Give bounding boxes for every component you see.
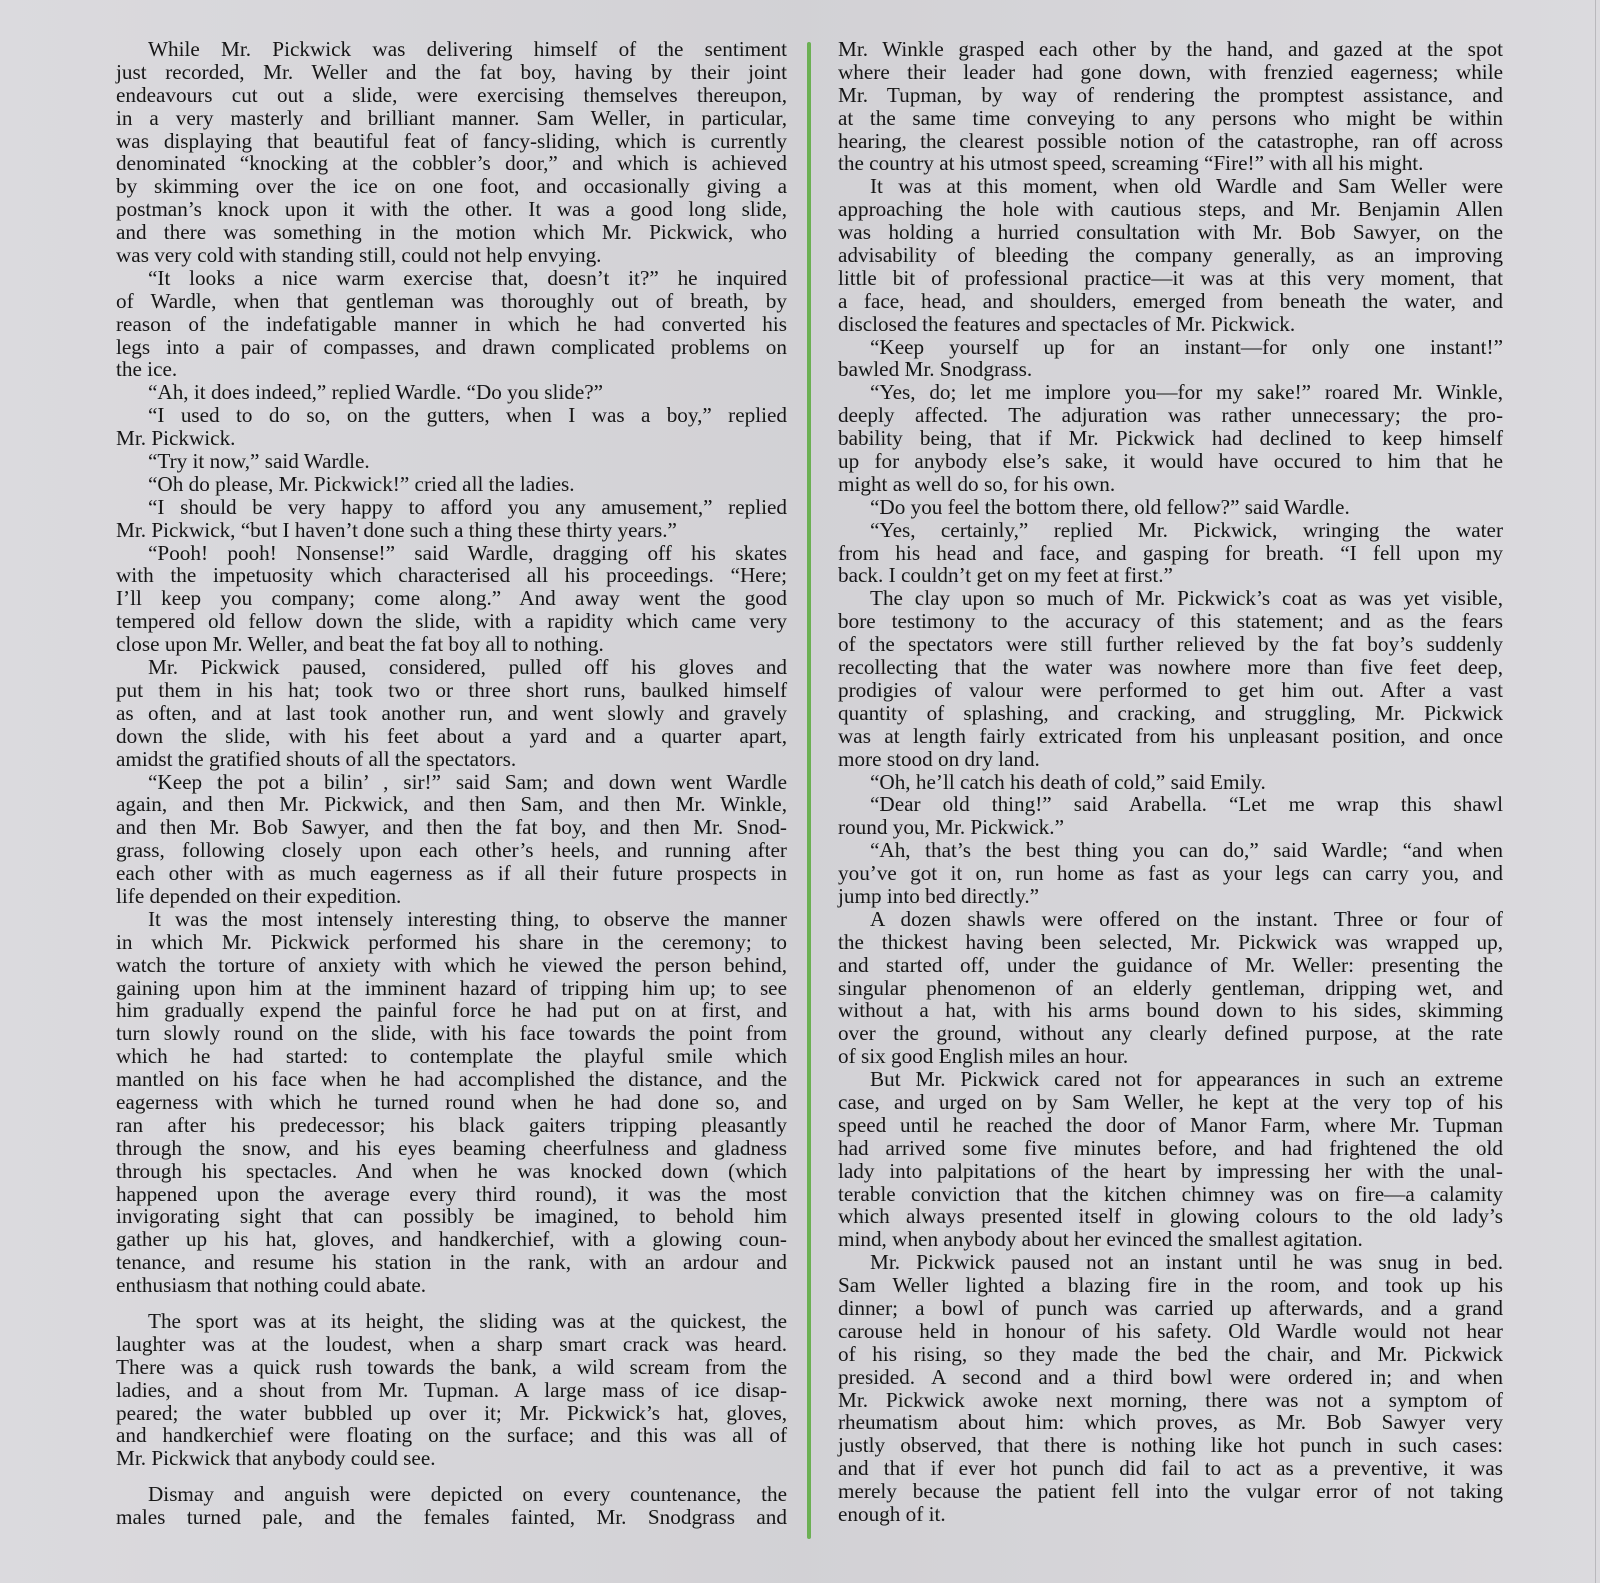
text-line: “Keep the pot a bilin’ , sir!” said Sam;… [116,771,787,794]
text-line: While Mr. Pickwick was delivering himsel… [116,38,787,61]
text-line-content: “Ah, that’s the best thing you can do,” … [870,839,1503,862]
text-line: rheumatism about him: which proves, as M… [838,1411,1503,1434]
text-line: as often, and at last took another run, … [116,702,787,725]
text-line: with the impetuosity which characterised… [116,564,787,587]
text-line: close upon Mr. Weller, and beat the fat … [116,633,787,656]
text-line-content: “Pooh! pooh! Nonsense!” said Wardle, dra… [148,542,787,565]
text-line-content: with the impetuosity which characterised… [116,564,787,587]
text-line: dinner; a bowl of punch was carried up a… [838,1297,1503,1320]
text-line-content: Dismay and anguish were depicted on ever… [148,1483,787,1506]
text-line-content: bore testimony to the accuracy of this s… [838,610,1503,633]
text-line-content: quantity of splashing, and cracking, and… [838,702,1503,725]
paragraph: A dozen shawls were offered on the insta… [838,908,1503,1068]
text-line: mind, when anybody about her evinced the… [838,1228,1503,1251]
text-line: reason of the indefatigable manner in wh… [116,313,787,336]
text-line: invigorating sight that can possibly be … [116,1205,787,1228]
text-line-content: gather up his hat, gloves, and handkerch… [116,1228,787,1251]
text-line: recollecting that the water was nowhere … [838,656,1503,679]
text-line: gaining upon him at the imminent hazard … [116,977,787,1000]
text-line-content: each other with as much eagerness as if … [116,862,787,885]
text-line: ran after his predecessor; his black gai… [116,1114,787,1137]
text-line: bability being, that if Mr. Pickwick had… [838,427,1503,450]
text-line-content: grass, following closely upon each other… [116,839,787,862]
text-line: of the spectators were still further rel… [838,633,1503,656]
text-line: “Keep yourself up for an instant—for onl… [838,336,1503,359]
text-line: enthusiasm that nothing could abate. [116,1274,787,1297]
text-line-content: “Yes, do; let me implore you—for my sake… [870,381,1503,404]
text-line-content: carouse held in honour of his safety. Ol… [838,1320,1503,1343]
text-line-content: “I used to do so, on the gutters, when I… [148,404,787,427]
text-line: ladies, and a shout from Mr. Tupman. A l… [116,1379,787,1402]
text-line-content: the thickest having been selected, Mr. P… [838,931,1503,954]
text-line-content: without a hat, with his arms bound down … [838,999,1503,1022]
text-line: males turned pale, and the females faint… [116,1506,787,1529]
text-line: the country at his utmost speed, screami… [838,152,1503,175]
text-line: Dismay and anguish were depicted on ever… [116,1483,787,1506]
paragraph: “Oh, he’ll catch his death of cold,” sai… [838,771,1503,794]
text-line: hearing, the clearest possible notion of… [838,130,1503,153]
text-line-content: of his rising, so they made the bed the … [838,1343,1503,1366]
text-line-content: laughter was at the loudest, when a shar… [116,1333,787,1356]
text-line-content: which always presented itself in glowing… [838,1205,1503,1228]
text-line-content: “Dear old thing!” said Arabella. “Let me… [870,793,1503,816]
text-line: again, and then Mr. Pickwick, and then S… [116,793,787,816]
text-line-content: and started off, under the guidance of M… [838,954,1503,977]
text-line-content: happened upon the average every third ro… [116,1183,787,1206]
text-line: put them in his hat; took two or three s… [116,679,787,702]
text-line: of his rising, so they made the bed the … [838,1343,1503,1366]
text-line-content: speed until he reached the door of Manor… [838,1114,1503,1137]
text-line: merely because the patient fell into the… [838,1480,1503,1503]
text-line-content: the country at his utmost speed, screami… [838,152,1503,175]
text-line-content: ran after his predecessor; his black gai… [116,1114,787,1137]
paragraph: “Oh do please, Mr. Pickwick!” cried all … [116,473,787,496]
text-line: Mr. Pickwick that anybody could see. [116,1447,787,1470]
paragraph: But Mr. Pickwick cared not for appearanc… [838,1068,1503,1251]
text-line: deeply affected. The adjuration was rath… [838,404,1503,427]
text-line-content: of six good English miles an hour. [838,1045,1503,1068]
text-line: carouse held in honour of his safety. Ol… [838,1320,1503,1343]
text-line: and that if ever hot punch did fail to a… [838,1457,1503,1480]
text-line: Mr. Pickwick paused not an instant until… [838,1251,1503,1274]
text-line-content: ladies, and a shout from Mr. Tupman. A l… [116,1379,787,1402]
text-line: turn slowly round on the slide, with his… [116,1022,787,1045]
text-line-content: turn slowly round on the slide, with his… [116,1022,787,1045]
text-line-content: tempered old fellow down the slide, with… [116,610,787,633]
text-line-content: approaching the hole with cautious steps… [838,198,1503,221]
text-line-content: It was the most intensely interesting th… [148,908,787,931]
text-line: postman’s knock upon it with the other. … [116,198,787,221]
text-line-content: life depended on their expedition. [116,885,787,908]
text-line: a face, head, and shoulders, emerged fro… [838,290,1503,313]
paragraph: Dismay and anguish were depicted on ever… [116,1483,787,1529]
text-line: in a very masterly and brilliant manner.… [116,107,787,130]
text-line: was at length fairly extricated from his… [838,725,1503,748]
paragraph: “Keep yourself up for an instant—for onl… [838,336,1503,382]
text-line-content: up for anybody else’s sake, it would hav… [838,450,1503,473]
text-line: “Oh, he’ll catch his death of cold,” sai… [838,771,1503,794]
text-line: at the same time conveying to any person… [838,107,1503,130]
text-line: case, and urged on by Sam Weller, he kep… [838,1091,1503,1114]
text-line-content: a face, head, and shoulders, emerged fro… [838,290,1503,313]
text-line: down the slide, with his feet about a ya… [116,725,787,748]
text-line: was holding a hurried consultation with … [838,221,1503,244]
text-line-content: rheumatism about him: which proves, as M… [838,1411,1503,1434]
text-line-content: enough of it. [838,1503,1503,1526]
text-line-content: little bit of professional practice—it w… [838,267,1503,290]
text-line: Mr. Pickwick paused, considered, pulled … [116,656,787,679]
text-line-content: put them in his hat; took two or three s… [116,679,787,702]
text-line-content: watch the torture of anxiety with which … [116,954,787,977]
text-line-content: Mr. Pickwick paused not an instant until… [870,1251,1503,1274]
text-line-content: Mr. Pickwick. [116,427,787,450]
text-line-content: case, and urged on by Sam Weller, he kep… [838,1091,1503,1114]
text-line-content: “Keep the pot a bilin’ , sir!” said Sam;… [148,771,787,794]
text-line: “Ah, that’s the best thing you can do,” … [838,839,1503,862]
text-line: over the ground, without any clearly def… [838,1022,1503,1045]
text-line: quantity of splashing, and cracking, and… [838,702,1503,725]
text-line: back. I couldn’t get on my feet at first… [838,564,1503,587]
text-line: “Ah, it does indeed,” replied Wardle. “D… [116,381,787,404]
text-line: There was a quick rush towards the bank,… [116,1356,787,1379]
text-line: “Try it now,” said Wardle. [116,450,787,473]
text-line-content: where their leader had gone down, with f… [838,61,1503,84]
text-line-content: bability being, that if Mr. Pickwick had… [838,427,1503,450]
text-line-content: “Do you feel the bottom there, old fello… [870,496,1503,519]
paragraph: “It looks a nice warm exercise that, doe… [116,267,787,381]
text-line: by skimming over the ice on one foot, an… [116,175,787,198]
text-line-content: It was at this moment, when old Wardle a… [870,175,1503,198]
text-line: was very cold with standing still, could… [116,244,787,267]
paragraph: The clay upon so much of Mr. Pickwick’s … [838,587,1503,770]
text-line-content: There was a quick rush towards the bank,… [116,1356,787,1379]
text-line-content: hearing, the clearest possible notion of… [838,130,1503,153]
text-line: might as well do so, for his own. [838,473,1503,496]
text-line-content: him gradually expend the painful force h… [116,999,787,1022]
text-line: It was at this moment, when old Wardle a… [838,175,1503,198]
text-line-content: advisability of bleeding the company gen… [838,244,1503,267]
text-line: “Yes, certainly,” replied Mr. Pickwick, … [838,519,1503,542]
text-line: which always presented itself in glowing… [838,1205,1503,1228]
text-line: little bit of professional practice—it w… [838,267,1503,290]
paragraph: While Mr. Pickwick was delivering himsel… [116,38,787,267]
text-line: from his head and face, and gasping for … [838,542,1503,565]
text-line-content: which he had started: to contemplate the… [116,1045,787,1068]
text-line: Mr. Pickwick awoke next morning, there w… [838,1389,1503,1412]
text-line-content: at the same time conveying to any person… [838,107,1503,130]
text-line-content: presided. A second and a third bowl were… [838,1366,1503,1389]
text-line-content: While Mr. Pickwick was delivering himsel… [148,38,787,61]
text-line-content: again, and then Mr. Pickwick, and then S… [116,793,787,816]
text-line: life depended on their expedition. [116,885,787,908]
text-line-content: “Try it now,” said Wardle. [148,450,787,473]
text-line: Mr. Pickwick, “but I haven’t done such a… [116,519,787,542]
text-line: mantled on his face when he had accompli… [116,1068,787,1091]
text-line: “I should be very happy to afford you an… [116,496,787,519]
text-line-content: denominated “knocking at the cobbler’s d… [116,152,787,175]
text-line: jump into bed directly.” [838,885,1503,908]
text-line: disclosed the features and spectacles of… [838,313,1503,336]
paragraph: “Ah, that’s the best thing you can do,” … [838,839,1503,908]
text-line-content: A dozen shawls were offered on the insta… [870,908,1503,931]
paragraph: It was at this moment, when old Wardle a… [838,175,1503,335]
text-line-content: amidst the gratified shouts of all the s… [116,748,787,771]
text-line: round you, Mr. Pickwick.” [838,816,1503,839]
text-line-content: recollecting that the water was nowhere … [838,656,1503,679]
paragraph: “Yes, certainly,” replied Mr. Pickwick, … [838,519,1503,588]
text-line-content: mind, when anybody about her evinced the… [838,1228,1503,1251]
text-line-content: gaining upon him at the imminent hazard … [116,977,787,1000]
left-text-column: While Mr. Pickwick was delivering himsel… [116,38,787,1529]
text-line: lady into palpitations of the heart by i… [838,1160,1503,1183]
right-text-column: Mr. Winkle grasped each other by the han… [838,38,1503,1526]
text-line: I’ll keep you company; come along.” And … [116,587,787,610]
text-line: and started off, under the guidance of M… [838,954,1503,977]
text-line: which he had started: to contemplate the… [116,1045,787,1068]
text-line: and handkerchief were floating on the su… [116,1424,787,1447]
text-line-content: the ice. [116,358,787,381]
text-line-content: “Yes, certainly,” replied Mr. Pickwick, … [870,519,1503,542]
text-line-content: merely because the patient fell into the… [838,1480,1503,1503]
text-line-content: and handkerchief were floating on the su… [116,1424,787,1447]
text-line: prodigies of valour were performed to ge… [838,679,1503,702]
text-line: Mr. Pickwick. [116,427,787,450]
text-line-content: of Wardle, when that gentleman was thoro… [116,290,787,313]
text-line-content: and then Mr. Bob Sawyer, and then the fa… [116,816,787,839]
paragraph: “I should be very happy to afford you an… [116,496,787,542]
text-line: A dozen shawls were offered on the insta… [838,908,1503,931]
text-line: watch the torture of anxiety with which … [116,954,787,977]
text-line-content: eagerness with which he turned round whe… [116,1091,787,1114]
text-line-content: The clay upon so much of Mr. Pickwick’s … [870,587,1503,610]
text-line-content: “It looks a nice warm exercise that, doe… [148,267,787,290]
paragraph: The sport was at its height, the sliding… [116,1310,787,1470]
text-line: bore testimony to the accuracy of this s… [838,610,1503,633]
text-line-content: I’ll keep you company; come along.” And … [116,587,787,610]
text-line-content: round you, Mr. Pickwick.” [838,816,1503,839]
text-line: bawled Mr. Snodgrass. [838,358,1503,381]
text-line-content: reason of the indefatigable manner in wh… [116,313,787,336]
text-line-content: jump into bed directly.” [838,885,1503,908]
text-line-content: The sport was at its height, the sliding… [148,1310,787,1333]
text-line: enough of it. [838,1503,1503,1526]
text-line-content: down the slide, with his feet about a ya… [116,725,787,748]
text-line-content: prodigies of valour were performed to ge… [838,679,1503,702]
text-line: legs into a pair of compasses, and drawn… [116,336,787,359]
text-line: was displaying that beautiful feat of fa… [116,130,787,153]
text-line-content: peared; the water bubbled up over it; Mr… [116,1402,787,1425]
text-line-content: was very cold with standing still, could… [116,244,787,267]
text-line-content: disclosed the features and spectacles of… [838,313,1503,336]
text-line-content: was displaying that beautiful feat of fa… [116,130,787,153]
text-line: eagerness with which he turned round whe… [116,1091,787,1114]
column-divider-rule [807,42,811,1539]
text-line: Mr. Winkle grasped each other by the han… [838,38,1503,61]
text-line-content: through his spectacles. And when he was … [116,1160,787,1183]
text-line: happened upon the average every third ro… [116,1183,787,1206]
text-line-content: bawled Mr. Snodgrass. [838,358,1503,381]
text-line: “Pooh! pooh! Nonsense!” said Wardle, dra… [116,542,787,565]
text-line-content: Mr. Pickwick that anybody could see. [116,1447,787,1470]
text-line-content: just recorded, Mr. Weller and the fat bo… [116,61,787,84]
text-line-content: mantled on his face when he had accompli… [116,1068,787,1091]
text-line-content: back. I couldn’t get on my feet at first… [838,564,1503,587]
text-line-content: in a very masterly and brilliant manner.… [116,107,787,130]
text-line: in which Mr. Pickwick performed his shar… [116,931,787,954]
text-line-content: Mr. Pickwick awoke next morning, there w… [838,1389,1503,1412]
text-line-content: Sam Weller lighted a blazing fire in the… [838,1274,1503,1297]
text-line: of six good English miles an hour. [838,1045,1503,1068]
text-line: you’ve got it on, run home as fast as yo… [838,862,1503,885]
text-line: Sam Weller lighted a blazing fire in the… [838,1274,1503,1297]
text-line: had arrived some five minutes before, an… [838,1137,1503,1160]
text-line: It was the most intensely interesting th… [116,908,787,931]
text-line: without a hat, with his arms bound down … [838,999,1503,1022]
paragraph: “Dear old thing!” said Arabella. “Let me… [838,793,1503,839]
text-line-content: you’ve got it on, run home as fast as yo… [838,862,1503,885]
text-line-content: males turned pale, and the females faint… [116,1506,787,1529]
text-line: The sport was at its height, the sliding… [116,1310,787,1333]
text-line-content: deeply affected. The adjuration was rath… [838,404,1503,427]
text-line: “Oh do please, Mr. Pickwick!” cried all … [116,473,787,496]
text-line-content: through the snow, and his eyes beaming c… [116,1137,787,1160]
text-line-content: terable conviction that the kitchen chim… [838,1183,1503,1206]
text-line: “Dear old thing!” said Arabella. “Let me… [838,793,1503,816]
paragraph: “Try it now,” said Wardle. [116,450,787,473]
text-line-content: by skimming over the ice on one foot, an… [116,175,787,198]
paragraph: Mr. Winkle grasped each other by the han… [838,38,1503,175]
paragraph: “Pooh! pooh! Nonsense!” said Wardle, dra… [116,542,787,656]
text-line: him gradually expend the painful force h… [116,999,787,1022]
text-line: grass, following closely upon each other… [116,839,787,862]
text-line-content: more stood on dry land. [838,748,1503,771]
text-line: gather up his hat, gloves, and handkerch… [116,1228,787,1251]
text-line: advisability of bleeding the company gen… [838,244,1503,267]
text-line: “I used to do so, on the gutters, when I… [116,404,787,427]
text-line-content: “Oh do please, Mr. Pickwick!” cried all … [148,473,787,496]
page-edge [1595,0,1596,1583]
text-line-content: legs into a pair of compasses, and drawn… [116,336,787,359]
text-line-content: was at length fairly extricated from his… [838,725,1503,748]
text-line-content: “I should be very happy to afford you an… [148,496,787,519]
text-line: laughter was at the loudest, when a shar… [116,1333,787,1356]
text-line: each other with as much eagerness as if … [116,862,787,885]
text-line: “Yes, do; let me implore you—for my sake… [838,381,1503,404]
text-line: through his spectacles. And when he was … [116,1160,787,1183]
text-line-content: close upon Mr. Weller, and beat the fat … [116,633,787,656]
text-line: and then Mr. Bob Sawyer, and then the fa… [116,816,787,839]
text-line-content: enthusiasm that nothing could abate. [116,1274,787,1297]
text-line: where their leader had gone down, with f… [838,61,1503,84]
text-line-content: Mr. Winkle grasped each other by the han… [838,38,1503,61]
text-line-content: singular phenomenon of an elderly gentle… [838,977,1503,1000]
text-line-content: tenance, and resume his station in the r… [116,1251,787,1274]
text-line: speed until he reached the door of Manor… [838,1114,1503,1137]
text-line: justly observed, that there is nothing l… [838,1434,1503,1457]
text-line: just recorded, Mr. Weller and the fat bo… [116,61,787,84]
text-line-content: invigorating sight that can possibly be … [116,1205,787,1228]
text-line: the thickest having been selected, Mr. P… [838,931,1503,954]
text-line: The clay upon so much of Mr. Pickwick’s … [838,587,1503,610]
text-line-content: endeavours cut out a slide, were exercis… [116,84,787,107]
text-line: terable conviction that the kitchen chim… [838,1183,1503,1206]
text-line-content: had arrived some five minutes before, an… [838,1137,1503,1160]
text-line-content: over the ground, without any clearly def… [838,1022,1503,1045]
text-line: of Wardle, when that gentleman was thoro… [116,290,787,313]
text-line-content: postman’s knock upon it with the other. … [116,198,787,221]
text-line-content: of the spectators were still further rel… [838,633,1503,656]
text-line: tenance, and resume his station in the r… [116,1251,787,1274]
paragraph: “Keep the pot a bilin’ , sir!” said Sam;… [116,771,787,908]
text-line-content: and there was something in the motion wh… [116,221,787,244]
text-line-content: justly observed, that there is nothing l… [838,1434,1503,1457]
text-line-content: “Keep yourself up for an instant—for onl… [870,336,1503,359]
text-line-content: “Ah, it does indeed,” replied Wardle. “D… [148,381,787,404]
paragraph: Mr. Pickwick paused, considered, pulled … [116,656,787,770]
text-line-content: as often, and at last took another run, … [116,702,787,725]
text-line-content: But Mr. Pickwick cared not for appearanc… [870,1068,1503,1091]
text-line-content: from his head and face, and gasping for … [838,542,1503,565]
text-line-content: Mr. Tupman, by way of rendering the prom… [838,84,1503,107]
text-line-content: “Oh, he’ll catch his death of cold,” sai… [870,771,1503,794]
paragraph: “Yes, do; let me implore you—for my sake… [838,381,1503,495]
text-line-content: lady into palpitations of the heart by i… [838,1160,1503,1183]
text-line: But Mr. Pickwick cared not for appearanc… [838,1068,1503,1091]
paragraph: Mr. Pickwick paused not an instant until… [838,1251,1503,1526]
text-line-content: might as well do so, for his own. [838,473,1503,496]
text-line-content: in which Mr. Pickwick performed his shar… [116,931,787,954]
paragraph: It was the most intensely interesting th… [116,908,787,1297]
text-line: singular phenomenon of an elderly gentle… [838,977,1503,1000]
paragraph: “Ah, it does indeed,” replied Wardle. “D… [116,381,787,404]
text-line: approaching the hole with cautious steps… [838,198,1503,221]
text-line-content: Mr. Pickwick paused, considered, pulled … [148,656,787,679]
text-line: Mr. Tupman, by way of rendering the prom… [838,84,1503,107]
text-line: the ice. [116,358,787,381]
text-line: “Do you feel the bottom there, old fello… [838,496,1503,519]
paragraph: “Do you feel the bottom there, old fello… [838,496,1503,519]
text-line: peared; the water bubbled up over it; Mr… [116,1402,787,1425]
text-line-content: Mr. Pickwick, “but I haven’t done such a… [116,519,787,542]
text-line: and there was something in the motion wh… [116,221,787,244]
text-line: more stood on dry land. [838,748,1503,771]
text-line: through the snow, and his eyes beaming c… [116,1137,787,1160]
text-line-content: was holding a hurried consultation with … [838,221,1503,244]
text-line: amidst the gratified shouts of all the s… [116,748,787,771]
text-line: up for anybody else’s sake, it would hav… [838,450,1503,473]
text-line-content: dinner; a bowl of punch was carried up a… [838,1297,1503,1320]
paragraph: “I used to do so, on the gutters, when I… [116,404,787,450]
text-line: “It looks a nice warm exercise that, doe… [116,267,787,290]
text-line: tempered old fellow down the slide, with… [116,610,787,633]
text-line: endeavours cut out a slide, were exercis… [116,84,787,107]
text-line: presided. A second and a third bowl were… [838,1366,1503,1389]
text-line-content: and that if ever hot punch did fail to a… [838,1457,1503,1480]
text-line: denominated “knocking at the cobbler’s d… [116,152,787,175]
